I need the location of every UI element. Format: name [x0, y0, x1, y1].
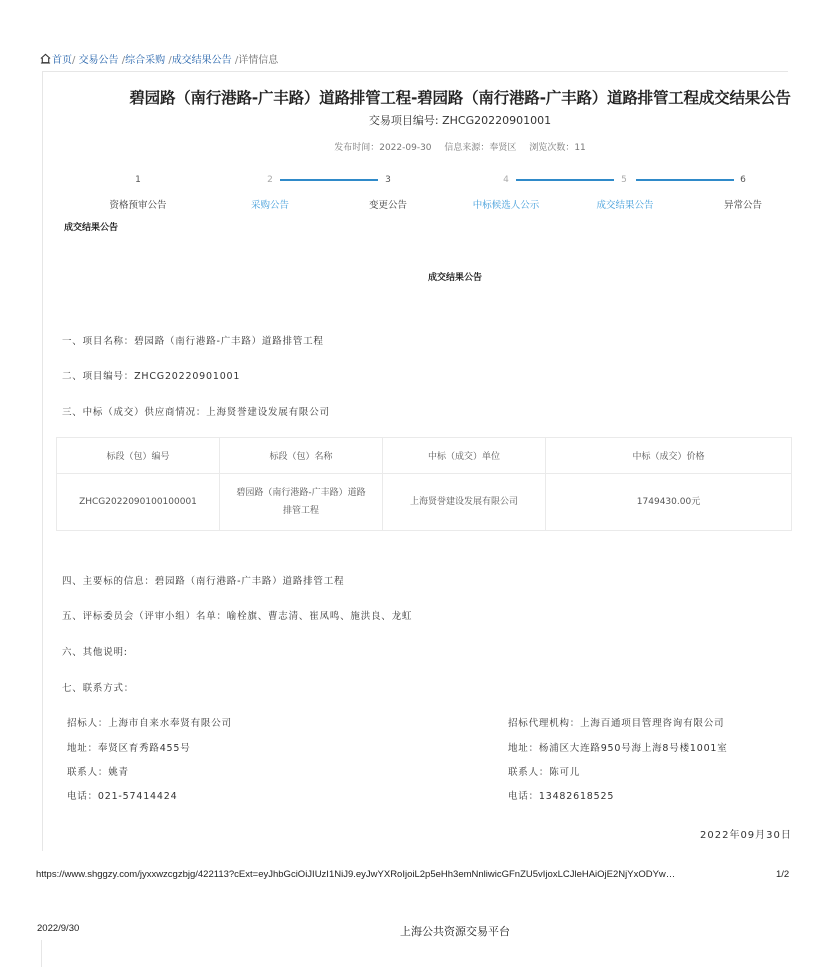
print-page-number: 1/2 [776, 869, 789, 880]
item-main-subject: 四、主要标的信息：碧园路（南行港路-广丰路）道路排管工程 [62, 573, 344, 587]
project-number-label: 交易项目编号: [369, 114, 439, 127]
print-site-name: 上海公共资源交易平台 [400, 923, 510, 939]
home-icon[interactable] [40, 53, 51, 64]
item-other-notes: 六、其他说明: [62, 644, 128, 658]
step-result-notice[interactable]: 成交结果公告 [565, 197, 685, 211]
agency-address: 地址：杨浦区大连路950号海上海8号楼1001室 [508, 740, 728, 754]
table-cell-winner: 上海贤誉建设发展有限公司 [383, 474, 546, 531]
step-number-6: 6 [733, 175, 753, 185]
breadcrumb-separator: / [72, 55, 75, 66]
step-prequalification[interactable]: 资格预审公告 [78, 197, 198, 211]
view-count: 浏览次数：11 [529, 143, 585, 153]
publish-time: 发布时间：2022-09-30 [334, 143, 431, 153]
table-cell-lot-number: ZHCG2022090100100001 [57, 474, 220, 531]
tenderer-name: 招标人：上海市自来水奉贤有限公司 [67, 715, 232, 729]
page-title: 碧园路（南行港路-广丰路）道路排管工程-碧园路（南行港路-广丰路）道路排管工程成… [60, 86, 826, 108]
table-header: 中标（成交）单位 [383, 438, 546, 474]
item-project-name: 一、项目名称：碧园路（南行港路-广丰路）道路排管工程 [62, 333, 324, 347]
project-number: 交易项目编号: ZHCG20220901001 [60, 112, 826, 128]
tenderer-contact-person: 联系人：姚青 [67, 764, 129, 778]
step-number-2: 2 [260, 175, 280, 185]
breadcrumb-comprehensive-procurement[interactable]: 综合采购 [125, 55, 165, 66]
document-heading: 成交结果公告 [60, 270, 826, 283]
breadcrumb-home[interactable]: 首页 [52, 55, 72, 66]
agency-contact-person: 联系人：陈可儿 [508, 764, 580, 778]
step-change-notice[interactable]: 变更公告 [328, 197, 448, 211]
step-procurement-notice[interactable]: 采购公告 [210, 197, 330, 211]
step-candidate-publicity[interactable]: 中标候选人公示 [446, 197, 566, 211]
agency-name: 招标代理机构：上海百通项目管理咨询有限公司 [508, 715, 724, 729]
agency-phone: 电话：13482618525 [508, 788, 614, 802]
step-exception-notice[interactable]: 异常公告 [683, 197, 803, 211]
print-url: https://www.shggzy.com/jyxxwzcgzbjg/4221… [36, 869, 675, 880]
project-number-value: ZHCG20220901001 [442, 114, 551, 127]
table-header-row: 标段（包）编号 标段（包）名称 中标（成交）单位 中标（成交）价格 [57, 438, 792, 474]
info-source: 信息来源：奉贤区 [444, 143, 516, 153]
step-number-1: 1 [128, 175, 148, 185]
content-frame-left-border [42, 71, 43, 851]
step-connector-2-3 [280, 179, 378, 181]
meta-info: 发布时间：2022-09-30 信息来源：奉贤区 浏览次数：11 [60, 140, 826, 153]
tenderer-address: 地址：奉贤区育秀路455号 [67, 740, 191, 754]
step-number-4: 4 [496, 175, 516, 185]
step-connector-4-5 [516, 179, 614, 181]
item-project-number: 二、项目编号：ZHCG20220901001 [62, 368, 240, 382]
table-header: 标段（包）名称 [220, 438, 383, 474]
table-cell-lot-name: 碧园路（南行港路-广丰路）道路排管工程 [220, 474, 383, 531]
content-frame-top-border [42, 71, 788, 72]
sign-date: 2022年09月30日 [700, 826, 792, 841]
breadcrumb-trade-notices[interactable]: 交易公告 [79, 55, 119, 66]
tenderer-phone: 电话：021-57414424 [67, 788, 177, 802]
print-date: 2022/9/30 [37, 923, 79, 934]
table-header: 中标（成交）价格 [546, 438, 792, 474]
breadcrumb: 首页/ 交易公告 /综合采购 /成交结果公告 /详情信息 [40, 51, 278, 66]
table-header: 标段（包）编号 [57, 438, 220, 474]
step-connector-5-6 [636, 179, 734, 181]
content-frame-left-border-page2 [41, 940, 42, 967]
item-supplier: 三、中标（成交）供应商情况：上海贤誉建设发展有限公司 [62, 404, 330, 418]
result-table: 标段（包）编号 标段（包）名称 中标（成交）单位 中标（成交）价格 ZHCG20… [56, 437, 792, 531]
item-committee: 五、评标委员会（评审小组）名单：喻栓旗、曹志清、崔凤鸣、施洪良、龙虹 [62, 608, 412, 622]
table-row: ZHCG2022090100100001 碧园路（南行港路-广丰路）道路排管工程… [57, 474, 792, 531]
item-contact: 七、联系方式： [62, 680, 134, 694]
breadcrumb-current: 详情信息 [238, 55, 278, 66]
section-tag: 成交结果公告 [64, 220, 118, 233]
step-number-5: 5 [614, 175, 634, 185]
breadcrumb-result-notices[interactable]: 成交结果公告 [172, 55, 232, 66]
table-cell-price: 1749430.00元 [546, 474, 792, 531]
step-number-3: 3 [378, 175, 398, 185]
